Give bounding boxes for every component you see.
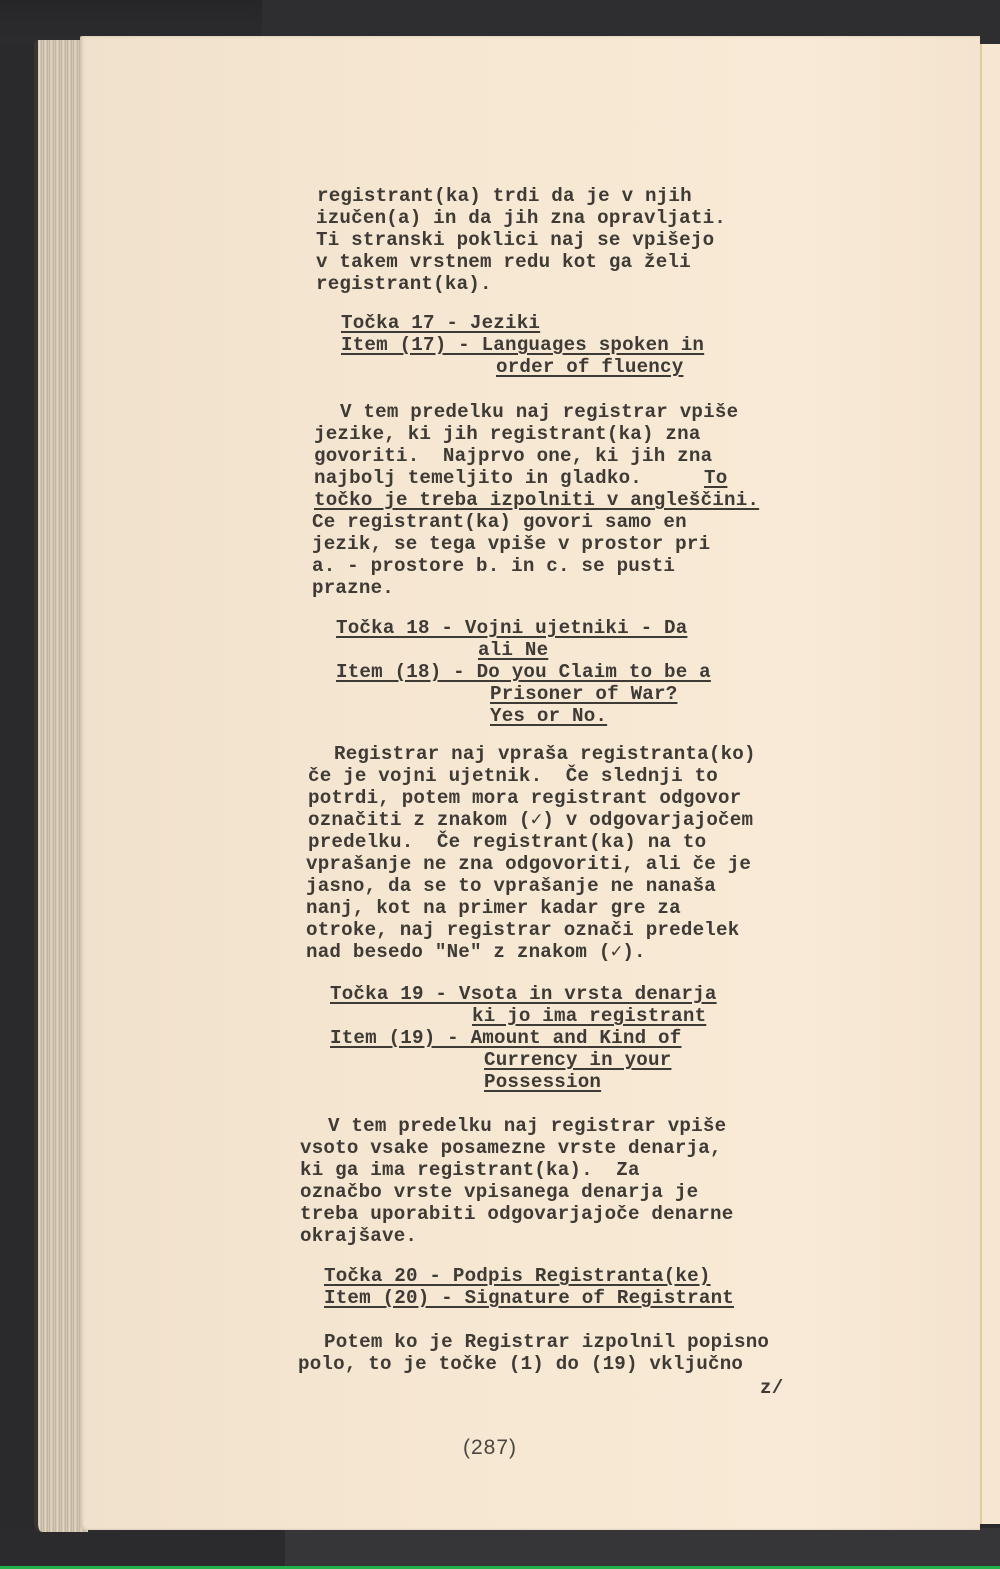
item17-body-line: V tem predelku naj registrar vpiše (340, 402, 738, 424)
item18-heading-en-cont: Prisoner of War? (490, 684, 677, 706)
item17-body-line: najbolj temeljito in gladko. (314, 468, 642, 490)
intro-line: v takem vrstnem redu kot ga želi (316, 252, 691, 274)
item18-body-line: nanj, kot na primer kadar gre za (306, 898, 681, 920)
item19-body-line: vsoto vsake posamezne vrste denarja, (300, 1138, 722, 1160)
book-page: registrant(ka) trdi da je v njih izučen(… (80, 36, 980, 1530)
item17-body-line: jezike, ki jih registrant(ka) zna (314, 424, 701, 446)
item18-body-line: otroke, naj registrar označi predelek (306, 920, 739, 942)
item19-heading-sl-cont: ki jo ima registrant (472, 1006, 706, 1028)
item18-body-line: nad besedo "Ne" z znakom (✓). (306, 942, 646, 964)
item18-heading-en: Item (18) - Do you Claim to be a (336, 662, 711, 684)
item18-body-line: vprašanje ne zna odgovoriti, ali če je (306, 854, 751, 876)
intro-line: registrant(ka) trdi da je v njih (317, 186, 692, 208)
item18-body-line: označiti z znakom (✓) v odgovarjajočem (308, 810, 753, 832)
item17-body-line: a. - prostore b. in c. se pusti (312, 556, 675, 578)
item18-heading-en-cont: Yes or No. (490, 706, 607, 728)
item18-body-line: predelku. Če registrant(ka) na to (308, 832, 706, 854)
item19-heading-en-cont: Possession (484, 1072, 601, 1094)
item20-heading-en: Item (20) - Signature of Registrant (324, 1288, 734, 1310)
item18-heading-sl-cont: ali Ne (478, 640, 548, 662)
item20-body-line: Potem ko je Registrar izpolnil popisno (324, 1332, 769, 1354)
item17-body-line: govoriti. Najprvo one, ki jih zna (314, 446, 712, 468)
item17-heading-sl: Točka 17 - Jeziki (341, 313, 540, 335)
item20-continuation-mark: z/ (760, 1378, 783, 1400)
item19-heading-en: Item (19) - Amount and Kind of (330, 1028, 681, 1050)
item17-body-line: prazne. (312, 578, 394, 600)
item17-body-line: jezik, se tega vpiše v prostor pri (312, 534, 710, 556)
item19-heading-en-cont: Currency in your (484, 1050, 671, 1072)
item17-heading-en: Item (17) - Languages spoken in (341, 335, 704, 357)
item17-body-underlined: To (704, 468, 727, 490)
item20-heading-sl: Točka 20 - Podpis Registranta(ke) (324, 1266, 711, 1288)
item18-body-line: če je vojni ujetnik. Če slednji to (308, 766, 718, 788)
intro-line: izučen(a) in da jih zna opravljati. (316, 208, 726, 230)
page-number: (287) (463, 1436, 517, 1460)
item18-body-line: jasno, da se to vprašanje ne nanaša (306, 876, 716, 898)
background-bottom-right (285, 1528, 1000, 1566)
item17-heading-en-cont: order of fluency (496, 357, 683, 379)
item18-heading-sl: Točka 18 - Vojni ujetniki - Da (336, 618, 687, 640)
item19-body-line: treba uporabiti odgovarjajoče denarne (300, 1204, 733, 1226)
item17-body-underlined: točko je treba izpolniti v angleščini. (314, 490, 759, 512)
intro-line: registrant(ka). (316, 274, 492, 296)
item19-body-line: označbo vrste vpisanega denarja je (300, 1182, 698, 1204)
next-page-edge (980, 44, 1000, 1524)
item19-heading-sl: Točka 19 - Vsota in vrsta denarja (330, 984, 717, 1006)
item17-body-line: Ce registrant(ka) govori samo en (312, 512, 687, 534)
item18-body-line: potrdi, potem mora registrant odgovor (308, 788, 741, 810)
item19-body-line: V tem predelku naj registrar vpiše (328, 1116, 726, 1138)
item18-body-line: Registrar naj vpraša registranta(ko) (334, 744, 756, 766)
item19-body-line: okrajšave. (300, 1226, 417, 1248)
intro-line: Ti stranski poklici naj se vpišejo (316, 230, 714, 252)
item20-body-line: polo, to je točke (1) do (19) vključno (298, 1354, 743, 1376)
item19-body-line: ki ga ima registrant(ka). Za (300, 1160, 640, 1182)
